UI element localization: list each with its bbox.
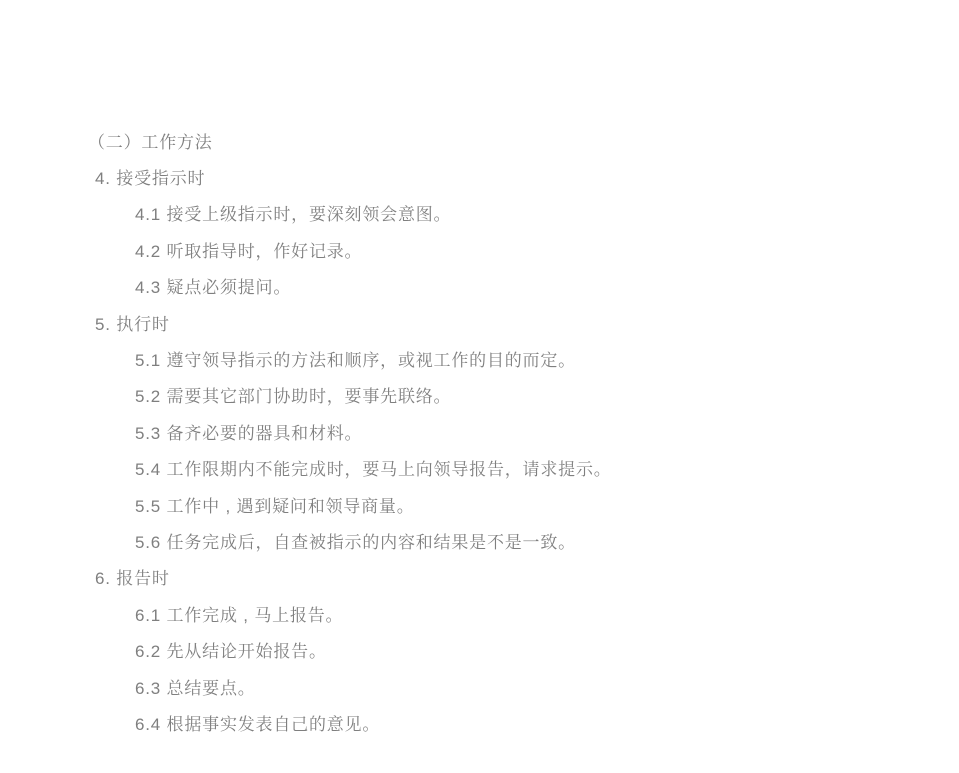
section-title: 6. 报告时	[0, 559, 959, 595]
document-page: （二）工作方法 4. 接受指示时4.1 接受上级指示时，要深刻领会意图。4.2 …	[0, 122, 959, 741]
section-title: 5. 执行时	[0, 304, 959, 340]
list-item: 6.4 根据事实发表自己的意见。	[0, 704, 959, 740]
list-item: 5.2 需要其它部门协助时，要事先联络。	[0, 377, 959, 413]
list-item: 6.3 总结要点。	[0, 668, 959, 704]
list-item: 5.1 遵守领导指示的方法和顺序，或视工作的目的而定。	[0, 340, 959, 376]
section-title: 4. 接受指示时	[0, 158, 959, 194]
document-heading: （二）工作方法	[0, 122, 959, 158]
list-item: 6.1 工作完成 , 马上报告。	[0, 595, 959, 631]
list-item: 4.3 疑点必须提问。	[0, 268, 959, 304]
list-item: 5.6 任务完成后，自查被指示的内容和结果是不是一致。	[0, 522, 959, 558]
list-item: 5.3 备齐必要的器具和材料。	[0, 413, 959, 449]
list-item: 4.1 接受上级指示时，要深刻领会意图。	[0, 195, 959, 231]
list-item: 5.5 工作中 , 遇到疑问和领导商量。	[0, 486, 959, 522]
list-item: 6.2 先从结论开始报告。	[0, 631, 959, 667]
list-item: 4.2 听取指导时，作好记录。	[0, 231, 959, 267]
list-item: 5.4 工作限期内不能完成时，要马上向领导报告，请求提示。	[0, 450, 959, 486]
